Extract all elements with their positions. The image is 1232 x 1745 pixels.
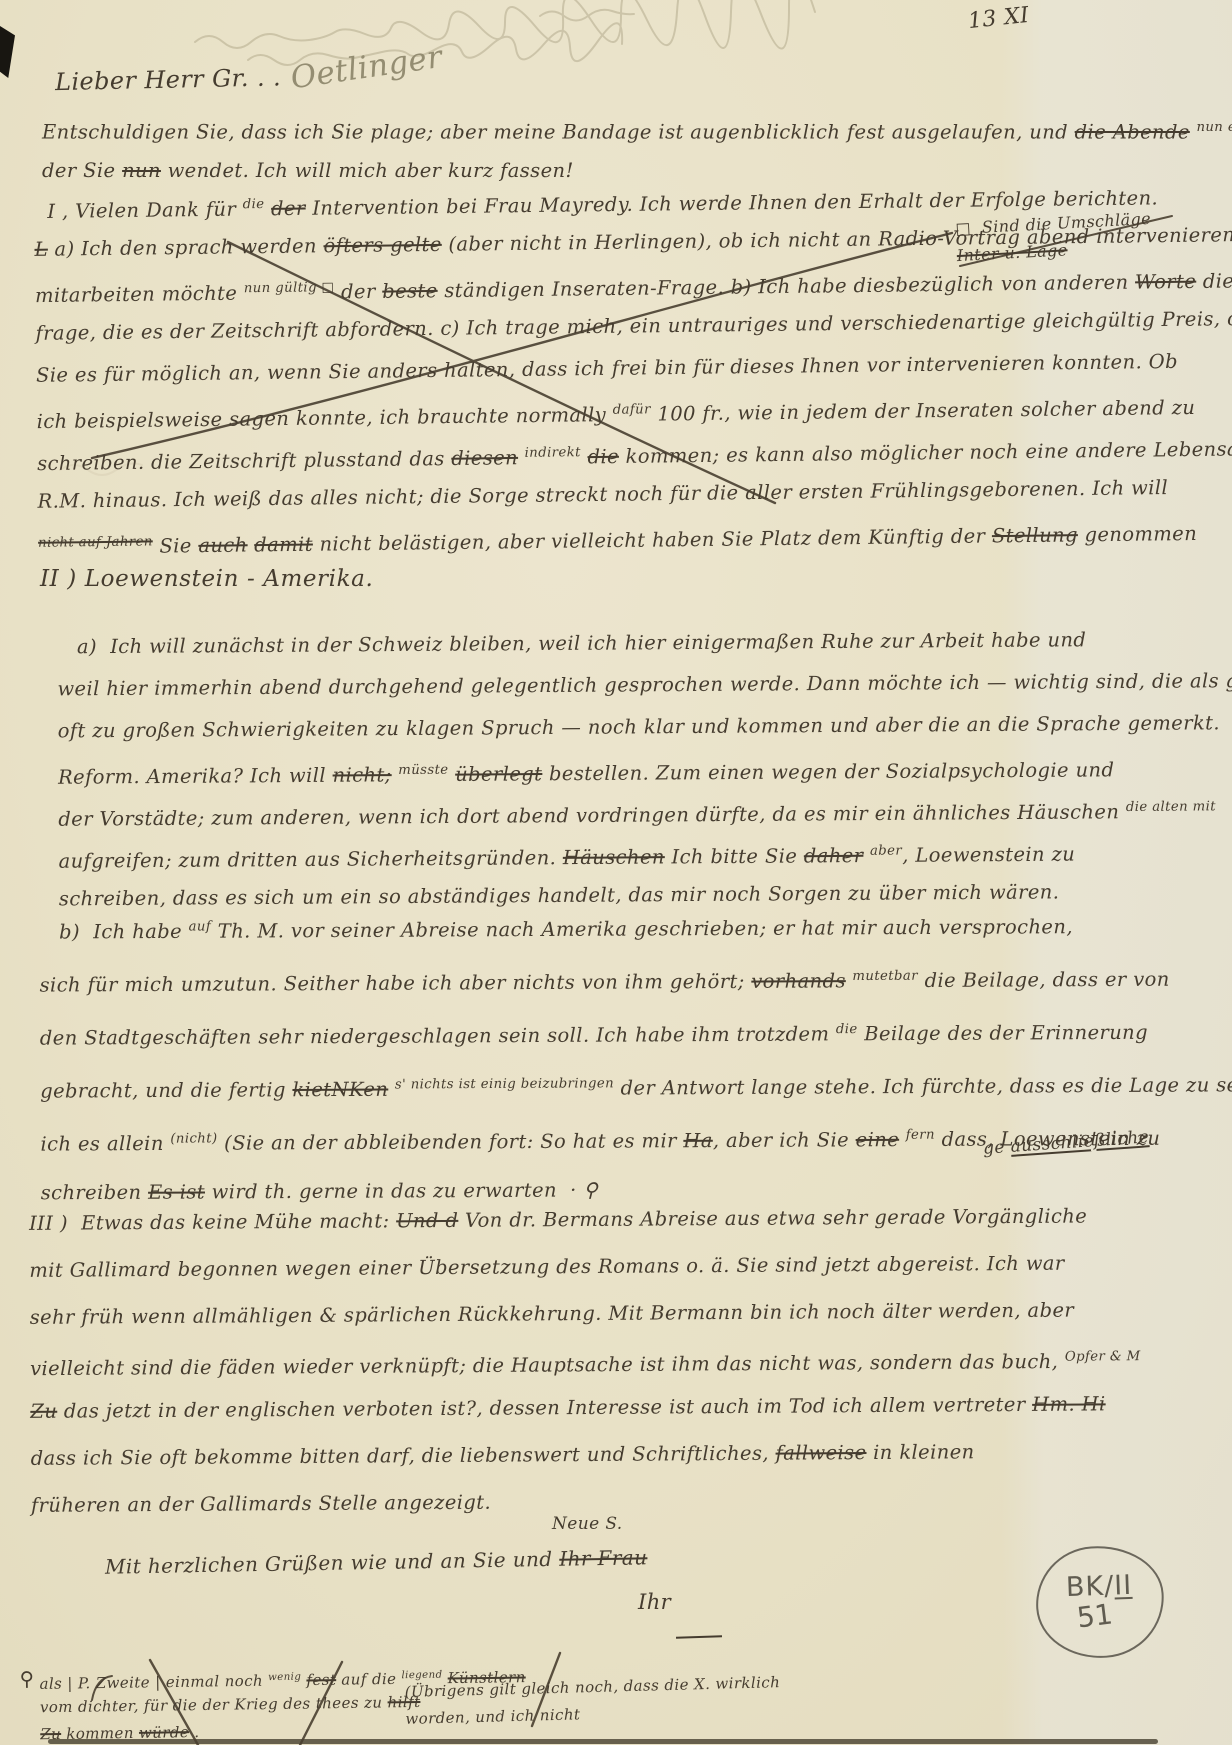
handwriting-line: III ) Etwas das keine Mühe macht: Und d … [29,1192,1140,1247]
handwriting-line: sich für mich umzutun. Seither habe ich … [39,948,1232,1008]
handwriting-line: mit Gallimard begonnen wegen einer Übers… [29,1239,1140,1294]
stamp-line-2: 51 [1076,1600,1115,1634]
signature: Ihr [638,1590,671,1614]
handwriting-line: den Stadtgeschäften sehr niedergeschlage… [40,1001,1232,1061]
section-2b-paragraph: b) Ich habe auf Th. M. vor seiner Abreis… [39,895,1232,1220]
signature-underline [676,1635,722,1639]
closing-insertion: Neue S. [552,1514,623,1534]
handwriting-line: Zu das jetzt in der englischen verboten … [30,1380,1141,1435]
footnote-mark-icon: ⚲ [19,1667,34,1690]
margin-note: □ Sind die UmschlägeInter u. Lage [955,205,1153,269]
salutation: Lieber Herr Gr. . .Oetlinger [55,54,444,98]
salutation-ink: Lieber Herr Gr. . . [55,63,281,96]
salutation-pencil-name: Oetlinger [288,39,444,96]
footnote-right: (Übrigens gilt gleich noch, dass die X. … [404,1669,781,1733]
handwriting-line: sehr früh wenn allmähligen & spärlichen … [30,1286,1141,1341]
handwriting-line: b) Ich habe auf Th. M. vor seiner Abreis… [39,895,1232,955]
handwriting-line: dass ich Sie oft bekomme bitten darf, di… [31,1427,1142,1482]
handwriting-line: Entschuldigen Sie, dass ich Sie plage; a… [42,106,1232,149]
manuscript-page: 13 XI Lieber Herr Gr. . .Oetlinger Entsc… [0,0,1232,1745]
section-2-heading: II ) Loewenstein - Amerika. [40,566,373,592]
closing-line: Mit herzlichen Grüßen wie und an Sie und… [105,1545,648,1578]
scan-corner-mark [0,26,15,78]
handwriting-line: vielleicht sind die fäden wieder verknüp… [30,1333,1141,1388]
section-3: III ) Etwas das keine Mühe macht: Und d … [29,1192,1142,1529]
handwriting-line: gebracht, und die fertig kietNKen s' nic… [40,1054,1232,1114]
section-2a-paragraph: a) Ich will zunächst in der Schweiz blei… [57,618,1232,921]
